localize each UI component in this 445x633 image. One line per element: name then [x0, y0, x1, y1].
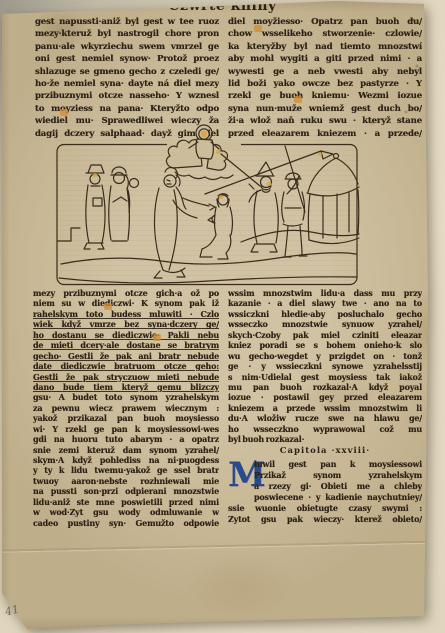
text-line: de mieti dcery·ale dostane se bratrym [33, 340, 219, 350]
text-line: ssie wuonie obietugte czasy swymi : [228, 503, 422, 514]
text-line: iozue · postawil gey przed eleazarem [228, 392, 422, 402]
running-title: Cžwrte knihy [0, 0, 445, 14]
text-line: wi· Y rzekl ge pan k moysiessowi·wes [33, 424, 219, 434]
text-line: rzekl ge buoh kniemu· Wezmi iozue [228, 90, 422, 102]
text-line: na pussti son·przi odpierani mnozstwie [33, 486, 219, 496]
text-line: ho dostanu se diediczwie· Pakli nebu [33, 330, 219, 340]
text-line: Gestli že pak stryczuow mieti nebude [33, 372, 219, 382]
page-crease [0, 540, 445, 551]
rubrication-mark [153, 334, 161, 341]
text-line: za pewnu wiecz prawem wiecznym : [33, 403, 219, 413]
text-line: mu pan buoh rozkazal·A když poyal [228, 382, 422, 392]
text-line: dano bude tiem kteryž gemu blizczy [33, 382, 219, 392]
text-line: wywesti ge a neb vwesti aby nebyl [228, 66, 422, 78]
text-line: mezy przibuznymi otcze gich·a ož po [33, 288, 219, 298]
text-line: ho wsseczkno wyprawowal což mu [228, 424, 422, 434]
text-line: wiek když vmrze bez syna·dczery ge/ [33, 319, 219, 329]
text-line: du·A wložiw rucze swe na hlawu ge/ [228, 413, 422, 423]
text-line: kniez poradi se s bohem onieho·k slo [228, 340, 422, 350]
text-line: Przikaž synom yzrahelskym [254, 470, 422, 481]
text-line: date diediczwie bratruom otcze geho: [33, 361, 219, 371]
text-line: Zytot gsu pak wieczy· kterež obieto/ [228, 514, 422, 525]
text-line: w wod·Zyt gsu wody odmluwanie w [33, 507, 219, 517]
text-line: oni gest nemiel synow· Protož proez [35, 53, 219, 65]
text-line: aby mohl wygiti a giti przed nimi · a [228, 53, 422, 65]
text-line: gsu· A budet toto synom yzrahelskym [33, 392, 219, 402]
text-line: rahelskym toto budess mluwiti · Czlo [33, 309, 219, 319]
rubrication-mark [60, 109, 68, 116]
parchment-leaf: Cžwrte knihy gest napussti·aniž byl gest… [0, 0, 445, 633]
text-line: lidu·aniž ste mne poswietili przed nimi [33, 497, 219, 507]
text-line: wu gecho·wegdet y przigdet on · tonž [228, 351, 422, 361]
text-line: luwil gest pan k moysiessowi [254, 459, 422, 470]
text-line: gecho· Gestli že pak ani bratr nebude [33, 351, 219, 361]
text-line: ho·že nemiel syna· dayte ná diel mezy [35, 78, 219, 90]
illuminated-initial: M [228, 460, 251, 493]
chapter-text: luwil gest pan k moysiessowiPrzikaž syno… [228, 459, 422, 526]
text-line: poswiecene · y kadienie naychutniey/ [254, 492, 422, 503]
text-line: twuoy aaron·nebste rozhniewali mie [33, 476, 219, 486]
text-line: ka kteryžby byl nad tiemto mnozstwí [228, 41, 422, 53]
tent [307, 154, 359, 244]
text-column-bottom-left: mezy przibuznymi otcze gich·a ož poniem … [33, 288, 219, 528]
bystanders-group [58, 165, 139, 249]
text-column-bottom-right: wssim mnozstwim lidu·a dass mu przykazan… [228, 288, 422, 445]
text-line: niem su w diediczwi· K synom pak iž [33, 298, 219, 308]
text-line: snie zemi kteruž dam synom yzrahel/ [33, 445, 219, 455]
text-line: skych·Czoby pak miel cziniti eleazar [228, 330, 422, 340]
text-line: y ty k lidu twemu·yakož ge ssel bratr [33, 465, 219, 475]
text-line: przibuznymi otcze nasseho· Y wznesl [35, 90, 219, 102]
text-line: a rzezy gi· Obieti me a chleby [254, 481, 422, 492]
text-line: cadeo pustiny syn· Gemužto odpowie [33, 518, 219, 528]
text-line: kniezem a przede wssim mnozstwim li [228, 403, 422, 413]
text-line: wssiczkni hledie·aby posluchalo gecho [228, 309, 422, 319]
joshua-figure [200, 194, 232, 259]
text-line: s nim·Udielal gest moysiess tak iakož [228, 372, 422, 382]
photograph-background: Cžwrte knihy gest napussti·aniž byl gest… [0, 0, 445, 633]
text-line: kazanie · a diel slawy twe · ano na to [228, 298, 422, 308]
text-line: gdi na huoru tuto abarym · a opatrz [33, 434, 219, 444]
woodcut-illustration [55, 120, 360, 288]
manuscript-page: Cžwrte knihy gest napussti·aniž byl gest… [0, 0, 445, 633]
text-line: wssim mnozstwim lidu·a dass mu przy [228, 288, 422, 298]
text-line: syna nun·muže wniemž gest duch bo/ [228, 103, 422, 115]
text-line: yakož przikazal pan buoh moysiesso [33, 413, 219, 423]
text-line: ge · y wssieczkni synowe yzrahelsstij [228, 361, 422, 371]
rubrication-mark [104, 303, 112, 310]
text-line: wsseczko mnozstwie synuow yzrahel/ [228, 319, 422, 329]
text-line: panu·ale wkyrziechu swem vmrzel ge [35, 41, 219, 53]
rubrication-mark [294, 96, 302, 103]
rubrication-mark [254, 25, 262, 32]
text-line: skym·A když pohlediss na ni·puogdess [33, 455, 219, 465]
text-line: byl buoh rozkazal· [228, 434, 422, 444]
chapter-paragraph: M luwil gest pan k moysiessowiPrzikaž sy… [228, 459, 422, 526]
text-line: gest napussti·aniž byl gest w tee ruoz [35, 16, 219, 28]
text-line: mezy·kteruž byl nastrogil chore pron [35, 28, 219, 40]
text-line: shlazuge se gmeno gecho z czeledi ge/ [35, 66, 219, 78]
text-line: lid boži yako owcze bez pastyrze · Y [228, 78, 422, 90]
